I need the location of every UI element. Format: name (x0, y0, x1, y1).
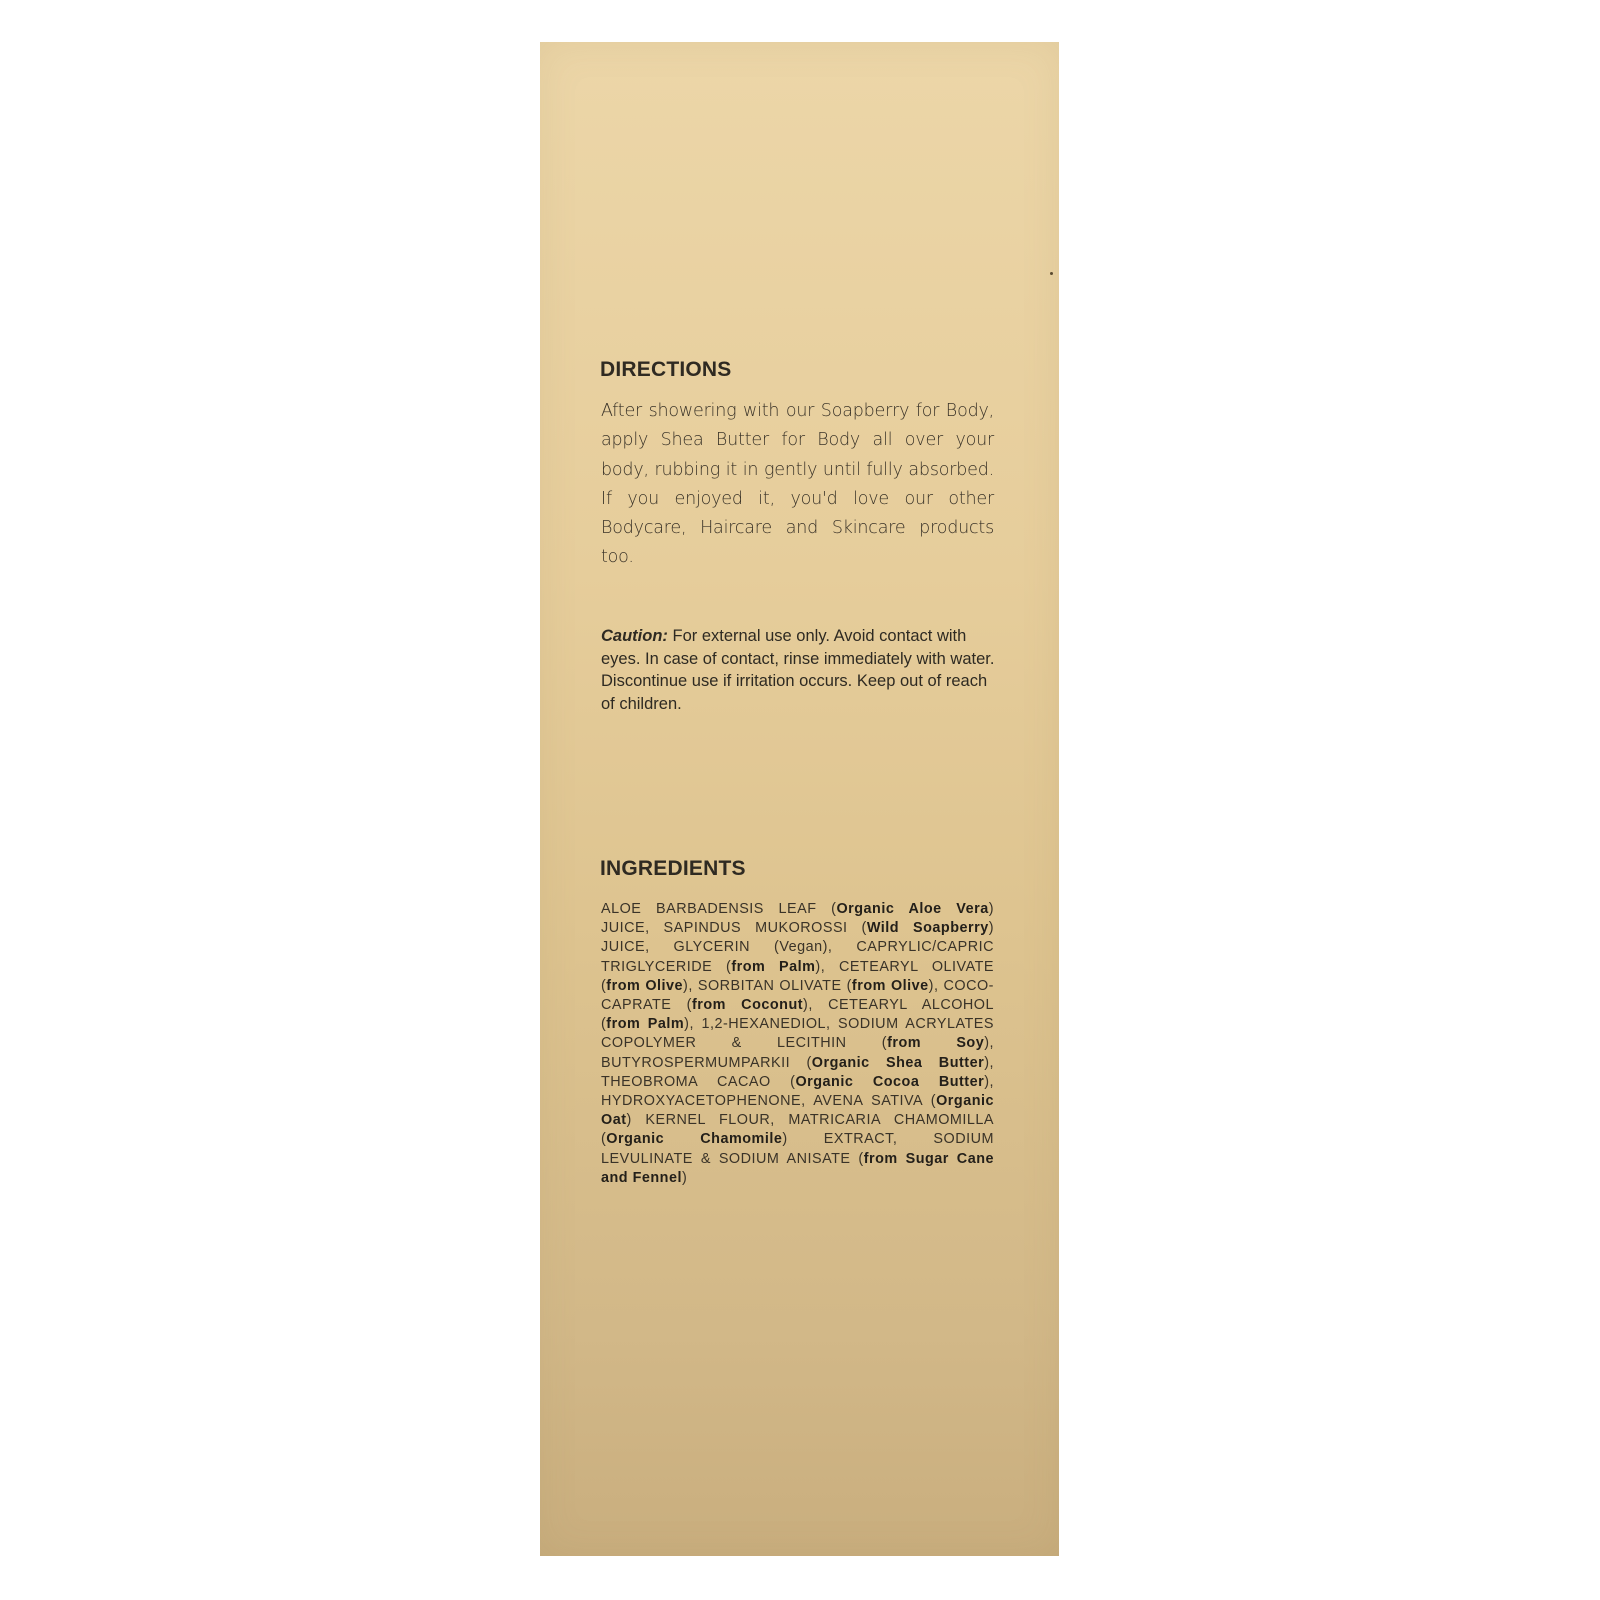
ingredient-source-bold: from Palm (606, 1016, 684, 1032)
product-box-back-panel: DIRECTIONS After showering with our Soap… (540, 42, 1059, 1556)
caution-text: Caution: For external use only. Avoid co… (601, 625, 1001, 715)
ingredient-source-bold: Organic Cocoa Butter (795, 1074, 984, 1090)
ingredient-source-bold: Organic Shea Butter (812, 1055, 984, 1071)
ingredient-source-bold: from Soy (887, 1035, 984, 1051)
ingredient-text: ALOE BARBADENSIS LEAF ( (601, 901, 836, 917)
ingredients-heading: INGREDIENTS (600, 857, 746, 881)
ingredient-source-bold: from Palm (731, 959, 815, 975)
print-speck (1050, 272, 1053, 275)
ingredient-source-bold: from Coconut (692, 997, 803, 1013)
directions-text: After showering with our Soapberry for B… (601, 397, 994, 573)
ingredient-source-bold: from Olive (852, 978, 929, 994)
ingredient-source-bold: from Olive (606, 978, 683, 994)
ingredient-source-bold: Organic Aloe Vera (836, 901, 988, 917)
ingredient-source-bold: Wild Soapberry (867, 920, 989, 936)
ingredient-text: ) (682, 1170, 687, 1186)
ingredient-source-bold: Organic Chamomile (606, 1131, 782, 1147)
ingredients-list: ALOE BARBADENSIS LEAF (Organic Aloe Vera… (601, 900, 994, 1188)
directions-heading: DIRECTIONS (600, 358, 732, 382)
ingredient-text: ), SORBITAN OLIVATE ( (683, 978, 852, 994)
caution-label: Caution: (601, 627, 668, 645)
